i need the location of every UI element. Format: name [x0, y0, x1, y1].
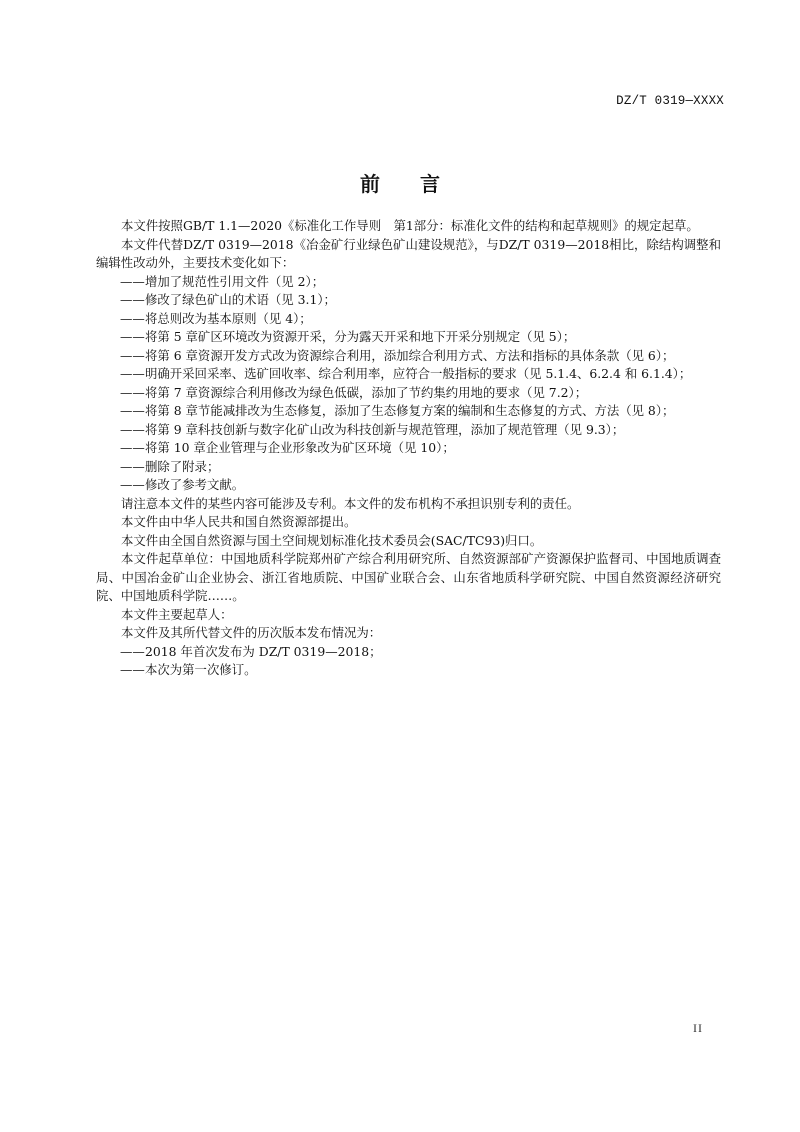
list-item: ——将第 9 章科技创新与数字化矿山改为科技创新与规范管理，添加了规范管理（见 … — [96, 421, 721, 440]
paragraph-replaces: 本文件代替DZ/T 0319—2018《冶金矿行业绿色矿山建设规范》，与DZ/T… — [96, 236, 721, 273]
dash-marker: —— — [120, 347, 145, 366]
list-item: ——将第 10 章企业管理与企业形象改为矿区环境（见 10）； — [96, 439, 721, 458]
paragraph-patent-notice: 请注意本文件的某些内容可能涉及专利。本文件的发布机构不承担识别专利的责任。 — [96, 495, 721, 514]
dash-marker: —— — [120, 661, 145, 680]
paragraph-version-history: 本文件及其所代替文件的历次版本发布情况为： — [96, 624, 721, 643]
changes-list: ——增加了规范性引用文件（见 2）； ——修改了绿色矿山的术语（见 3.1）； … — [96, 273, 721, 495]
list-item: ——本次为第一次修订。 — [96, 661, 721, 680]
list-item: ——修改了绿色矿山的术语（见 3.1）； — [96, 291, 721, 310]
dash-marker: —— — [120, 328, 145, 347]
list-item: ——将第 7 章资源综合利用修改为绿色低碳，添加了节约集约用地的要求（见 7.2… — [96, 384, 721, 403]
list-item: ——将第 5 章矿区环境改为资源开采，分为露天开采和地下开采分别规定（见 5）； — [96, 328, 721, 347]
paragraph-main-drafters: 本文件主要起草人： — [96, 606, 721, 625]
dash-marker: —— — [120, 476, 145, 495]
page-title: 前言 — [0, 168, 800, 197]
paragraph-drafting-units: 本文件起草单位：中国地质科学院郑州矿产综合利用研究所、自然资源部矿产资源保护监督… — [96, 550, 721, 606]
list-item: ——将第 8 章节能减排改为生态修复，添加了生态修复方案的编制和生态修复的方式、… — [96, 402, 721, 421]
paragraph-proposed-by: 本文件由中华人民共和国自然资源部提出。 — [96, 513, 721, 532]
paragraph-under-jurisdiction: 本文件由全国自然资源与国土空间规划标准化技术委员会(SAC/TC93)归口。 — [96, 532, 721, 551]
list-item: ——将第 6 章资源开发方式改为资源综合利用，添加综合利用方式、方法和指标的具体… — [96, 347, 721, 366]
list-item: ——2018 年首次发布为 DZ/T 0319—2018； — [96, 643, 721, 662]
dash-marker: —— — [120, 310, 145, 329]
dash-marker: —— — [120, 384, 145, 403]
dash-marker: —— — [120, 421, 145, 440]
list-item: ——删除了附录； — [96, 458, 721, 477]
standard-identifier: DZ/T 0319—XXXX — [616, 94, 724, 108]
list-item: ——将总则改为基本原则（见 4）； — [96, 310, 721, 329]
paragraph-drafting-rules: 本文件按照GB/T 1.1—2020《标准化工作导则 第1部分：标准化文件的结构… — [96, 217, 721, 236]
list-item: ——增加了规范性引用文件（见 2）； — [96, 273, 721, 292]
dash-marker: —— — [120, 273, 145, 292]
list-item: ——修改了参考文献。 — [96, 476, 721, 495]
dash-marker: —— — [120, 291, 145, 310]
history-list: ——2018 年首次发布为 DZ/T 0319—2018； ——本次为第一次修订… — [96, 643, 721, 680]
dash-marker: —— — [120, 439, 145, 458]
dash-marker: —— — [120, 458, 145, 477]
page-number: II — [693, 1021, 703, 1036]
dash-marker: —— — [120, 365, 145, 384]
list-item: ——明确开采回采率、选矿回收率、综合利用率，应符合一般指标的要求（见 5.1.4… — [96, 365, 721, 384]
foreword-body: 本文件按照GB/T 1.1—2020《标准化工作导则 第1部分：标准化文件的结构… — [96, 217, 721, 680]
dash-marker: —— — [120, 643, 145, 662]
dash-marker: —— — [120, 402, 145, 421]
